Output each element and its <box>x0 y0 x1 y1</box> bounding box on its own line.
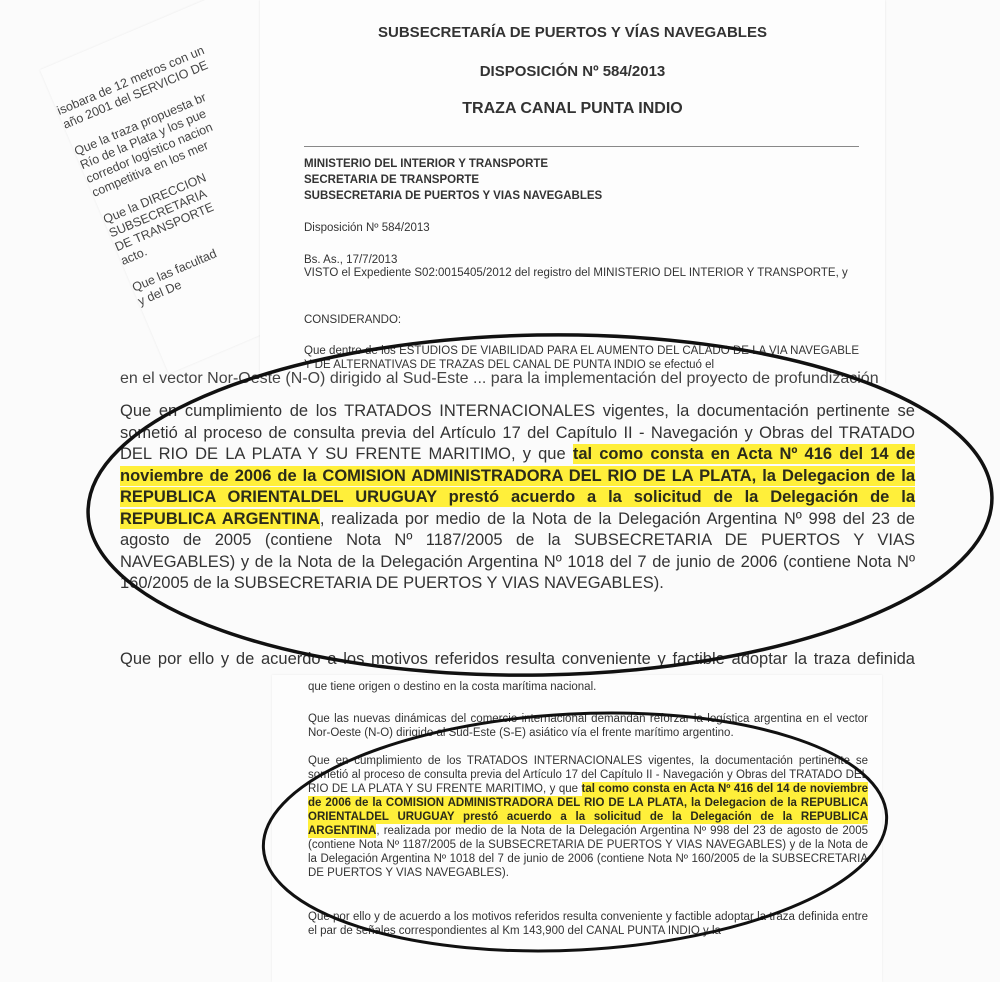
annotation-ellipses <box>0 0 1000 982</box>
large-ellipse <box>85 327 995 683</box>
small-ellipse <box>257 698 892 966</box>
